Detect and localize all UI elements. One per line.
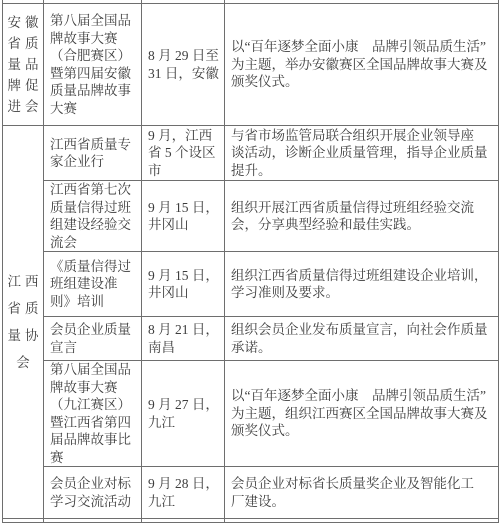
desc-cell: 与省市场监管局联合组织开展企业领导座 谈活动，诊断企业质量管理，指导企业质量 提… bbox=[225, 126, 499, 181]
event-cell: 第八届全国品 牌故事大赛 （九江赛区） 暨江西省第四 届品牌故事比 赛 bbox=[44, 361, 142, 467]
table-row: 安徽 省质 量品 牌促 进会 第八届全国品 牌故事大赛 （合肥赛区） 暨第四届安… bbox=[3, 4, 499, 126]
event-cell: 会员企业对标 学习交流活动 bbox=[44, 467, 142, 519]
date-cell: 9 月 28 日， 九江 bbox=[142, 467, 225, 519]
date-cell: 8 月 21 日， 南昌 bbox=[142, 317, 225, 361]
desc-cell: 组织会员企业发布质量宣言，向社会作质量 承诺。 bbox=[225, 317, 499, 361]
date-cell: 8 月 29 日至 31 日，安徽 bbox=[142, 4, 225, 126]
desc-cell: 以“百年逐梦全面小康 品牌引领品质生活” 为主题，组织江西赛区全国品牌故事大赛及… bbox=[225, 361, 499, 467]
document-page: 安徽 省质 量品 牌促 进会 第八届全国品 牌故事大赛 （合肥赛区） 暨第四届安… bbox=[0, 0, 500, 529]
table-row: 会员企业质量 宣言 8 月 21 日， 南昌 组织会员企业发布质量宣言，向社会作… bbox=[3, 317, 499, 361]
date-cell: 9 月，江西 省 5 个设区 市 bbox=[142, 126, 225, 181]
table-row: 第八届全国品 牌故事大赛 （九江赛区） 暨江西省第四 届品牌故事比 赛 9 月 … bbox=[3, 361, 499, 467]
event-cell: 《质量信得过 班组建设准 则》培训 bbox=[44, 252, 142, 317]
event-cell: 第八届全国品 牌故事大赛 （合肥赛区） 暨第四届安徽 质量品牌故事 大赛 bbox=[44, 4, 142, 126]
event-cell: 江西省质量专 家企业行 bbox=[44, 126, 142, 181]
date-cell: 9 月 15 日， 井冈山 bbox=[142, 181, 225, 252]
cropped-row-bottom bbox=[3, 519, 499, 523]
date-cell: 9 月 15 日， 井冈山 bbox=[142, 252, 225, 317]
date-cell: 9 月 27 日， 九江 bbox=[142, 361, 225, 467]
cropped-cell bbox=[142, 519, 225, 523]
table-row: 会员企业对标 学习交流活动 9 月 28 日， 九江 会员企业对标省长质量奖企业… bbox=[3, 467, 499, 519]
cropped-cell bbox=[225, 519, 499, 523]
org-cell-anhui: 安徽 省质 量品 牌促 进会 bbox=[3, 4, 44, 126]
cropped-cell bbox=[3, 519, 44, 523]
schedule-table: 安徽 省质 量品 牌促 进会 第八届全国品 牌故事大赛 （合肥赛区） 暨第四届安… bbox=[2, 0, 499, 523]
desc-cell: 组织江西省质量信得过班组建设企业培训， 学习准则及要求。 bbox=[225, 252, 499, 317]
table-row: 《质量信得过 班组建设准 则》培训 9 月 15 日， 井冈山 组织江西省质量信… bbox=[3, 252, 499, 317]
table-row: 江西省第七次 质量信得过班 组建设经验交 流会 9 月 15 日， 井冈山 组织… bbox=[3, 181, 499, 252]
org-cell-jiangxi: 江西 省质 量协 会 bbox=[3, 126, 44, 519]
desc-cell: 以“百年逐梦全面小康 品牌引领品质生活” 为主题，举办安徽赛区全国品牌故事大赛及… bbox=[225, 4, 499, 126]
desc-cell: 会员企业对标省长质量奖企业及智能化工 厂建设。 bbox=[225, 467, 499, 519]
event-cell: 会员企业质量 宣言 bbox=[44, 317, 142, 361]
desc-cell: 组织开展江西省质量信得过班组经验交流 会，分享典型经验和最佳实践。 bbox=[225, 181, 499, 252]
event-cell: 江西省第七次 质量信得过班 组建设经验交 流会 bbox=[44, 181, 142, 252]
cropped-cell bbox=[44, 519, 142, 523]
table-row: 江西 省质 量协 会 江西省质量专 家企业行 9 月，江西 省 5 个设区 市 … bbox=[3, 126, 499, 181]
